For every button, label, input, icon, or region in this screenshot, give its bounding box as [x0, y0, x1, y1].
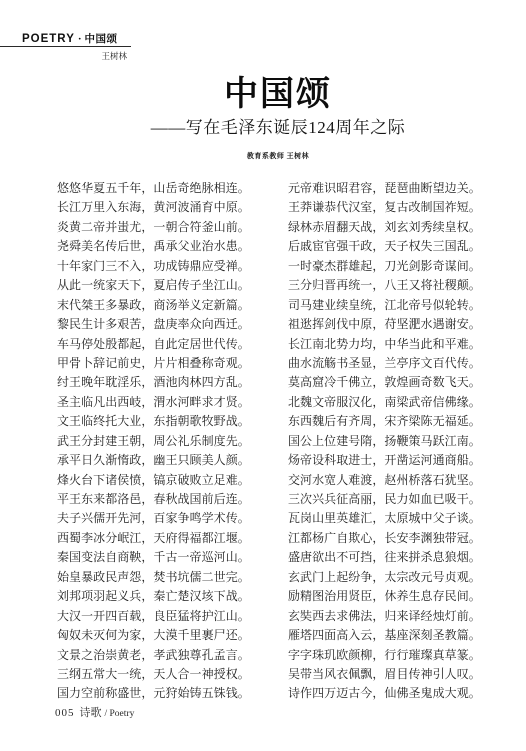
page-number: 005 [55, 707, 75, 719]
article-byline: 教育系教师 王树林 [30, 151, 526, 161]
article-subtitle: ——写在毛泽东诞辰124周年之际 [30, 118, 526, 138]
poem-line: 匈奴未灭何为家，大漠千里裹尸还。 [57, 626, 250, 645]
poem-line: 诗作四万迈古今，仙佛圣鬼成大观。 [288, 684, 481, 703]
poem-line: 曲水流觞书圣显，兰亭序文百代传。 [288, 354, 481, 373]
page-footer: 005诗歌/ Poetry [55, 704, 134, 720]
article-title: 中国颂 [30, 78, 526, 112]
poem-line: 刘邦项羽起义兵，秦亡楚汉垓下战。 [57, 587, 250, 606]
running-head: POETRY·中国颂 [22, 31, 118, 46]
poem-line: 三次兴兵征高丽，民力如血已吸干。 [288, 490, 481, 509]
poem-line: 悠悠华夏五千年，山岳奇绝脉相连。 [57, 179, 250, 198]
poem-line: 三纲五常大一统，天人合一神授权。 [57, 665, 250, 684]
poem-line: 国力空前称盛世，元狩始铸五铢钱。 [57, 684, 250, 703]
poem-line: 玄武门上起纷争，太宗改元号贞观。 [288, 568, 481, 587]
poem-line: 平王东来都洛邑，春秋战国前后连。 [57, 490, 250, 509]
separator-dot: · [75, 33, 85, 45]
poem-line: 盛唐欲出不可挡，往来拼杀息狼烟。 [288, 548, 481, 567]
poem-line: 后戚宦官强干政，天子权失三国乱。 [288, 237, 481, 256]
header-rule [0, 46, 131, 47]
poem-line: 字字珠玑欧颜柳，行行璀璨真草篆。 [288, 646, 481, 665]
poem-line: 交河水宽人难渡，赵州桥落石犹坚。 [288, 471, 481, 490]
poem-line: 东西魏后有齐周，宋齐梁陈无福延。 [288, 412, 481, 431]
poem-line: 炀帝设科取进士，开凿运河通商船。 [288, 451, 481, 470]
poem-line: 黎民生计多艰苦，盘庚率众向西迁。 [57, 315, 250, 334]
poem-line: 始皇暴政民声怨，焚书坑儒二世完。 [57, 568, 250, 587]
poem-line: 夫子兴儒开先河，百家争鸣学术传。 [57, 509, 250, 528]
poem-line: 大汉一开四百载，良臣猛将护江山。 [57, 607, 250, 626]
poem-line: 一时豪杰群雄起，刀光剑影奇谋间。 [288, 257, 481, 276]
footer-section-cn: 诗歌 [80, 707, 102, 719]
poem-column-left: 悠悠华夏五千年，山岳奇绝脉相连。长江万里入东海，黄河波涌育中原。炎黄二帝并蚩尤，… [57, 179, 250, 704]
poem-line: 吴带当风衣佩飘，眉目传神引人叹。 [288, 665, 481, 684]
poem-line: 王莽谦恭代汉室，复古改制国祚短。 [288, 198, 481, 217]
poem-line: 炎黄二帝并蚩尤，一朝合符釜山前。 [57, 218, 250, 237]
poem-line: 文景之治崇黄老，孝武独尊孔孟言。 [57, 646, 250, 665]
poem-line: 尧舜美名传后世，禹承父业治水患。 [57, 237, 250, 256]
poem-line: 励精图治用贤臣，休养生息存民间。 [288, 587, 481, 606]
poem-line: 从此一统家天下，夏启传子坐江山。 [57, 276, 250, 295]
poem-line: 圣主临凡出西岐，渭水河畔求才贤。 [57, 393, 250, 412]
poem-line: 甲骨卜辞记前史，片片相叠称奇观。 [57, 354, 250, 373]
poem-line: 司马建业续皇统，江北帝号似轮转。 [288, 296, 481, 315]
poem-line: 长江万里入东海，黄河波涌育中原。 [57, 198, 250, 217]
poem-line: 元帝难识昭君容，琵琶曲断望边关。 [288, 179, 481, 198]
poem-line: 秦国变法自商鞅，千古一帝巡河山。 [57, 548, 250, 567]
poem-line: 瓦岗山里英雄汇，太原城中父子谈。 [288, 509, 481, 528]
poem-line: 绿林赤眉翻天战，刘玄刘秀续皇权。 [288, 218, 481, 237]
poem-column-right: 元帝难识昭君容，琵琶曲断望边关。王莽谦恭代汉室，复古改制国祚短。绿林赤眉翻天战，… [288, 179, 481, 704]
poem-line: 末代桀王多暴政，商汤举义定新篇。 [57, 296, 250, 315]
poem-line: 国公上位建号隋，扬鞭策马跃江南。 [288, 432, 481, 451]
poem-line: 江都杨广自欺心，长安李渊独带冠。 [288, 529, 481, 548]
running-head-author: 王树林 [0, 50, 127, 62]
poem-line: 祖逖挥剑伐中原，苻坚淝水遇谢安。 [288, 315, 481, 334]
poem-line: 纣王晚年耽淫乐，酒池肉林四方乱。 [57, 373, 250, 392]
poem-line: 莫高窟冷千佛立，敦煌画奇数飞天。 [288, 373, 481, 392]
poem-line: 十年家门三不入，功成铸鼎应受禅。 [57, 257, 250, 276]
article-heading: 中国颂 ——写在毛泽东诞辰124周年之际 教育系教师 王树林 [30, 78, 526, 161]
poem-line: 承平日久渐惰政，幽王只顾美人颜。 [57, 451, 250, 470]
poem-line: 西蜀李冰分岷江，天府得福都江堰。 [57, 529, 250, 548]
section-name: 中国颂 [85, 34, 118, 45]
poem-line: 玄奘西去求佛法，归来译经烛灯前。 [288, 607, 481, 626]
poem-line: 车马停处殷都起，自此定居世代传。 [57, 335, 250, 354]
footer-section-en: / Poetry [105, 709, 135, 719]
poem-line: 武王分封建王朝，周公礼乐制度先。 [57, 432, 250, 451]
poem-line: 三分归晋再统一，八王又将社稷颠。 [288, 276, 481, 295]
poem-line: 北魏文帝服汉化，南梁武帝信佛缘。 [288, 393, 481, 412]
poem-line: 长江南北势力均，中华当此和平难。 [288, 335, 481, 354]
poem-line: 文王临终托大业，东指朝歌牧野战。 [57, 412, 250, 431]
poem-line: 烽火台下诸侯愤，镐京破败立足难。 [57, 471, 250, 490]
poem-line: 雁塔四面高入云，基座深刻圣教篇。 [288, 626, 481, 645]
magazine-page: POETRY·中国颂 王树林 中国颂 ——写在毛泽东诞辰124周年之际 教育系教… [0, 0, 526, 751]
journal-name: POETRY [22, 33, 75, 45]
